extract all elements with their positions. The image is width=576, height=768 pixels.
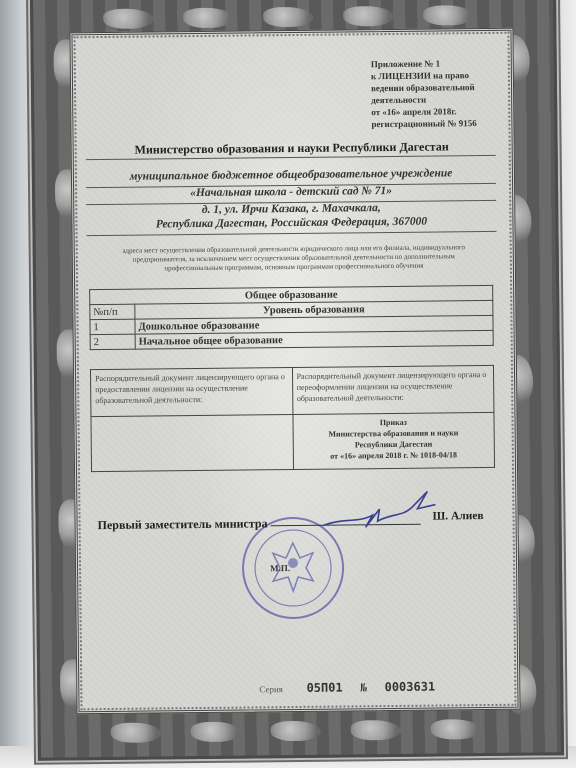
order-line: от «16» апреля 2018 г. № 1018-04/18	[297, 449, 490, 462]
frame-ornament	[423, 5, 473, 26]
row-number: 1	[90, 319, 135, 334]
serial-label: Серия	[259, 684, 283, 694]
appendix-line: регистрационный № 9156	[371, 117, 511, 130]
grant-document-header: Распорядительный документ лицензирующего…	[90, 368, 292, 417]
organization-type: муниципальное бюджетное общеобразователь…	[86, 167, 496, 183]
number-sign: №	[360, 681, 367, 694]
frame-ornament	[191, 722, 241, 743]
appendix-header: Приложение № 1 к ЛИЦЕНЗИИ на право веден…	[371, 57, 512, 130]
frame-ornament	[103, 8, 153, 29]
organization-address-line2: Республика Дагестан, Российская Федераци…	[86, 215, 496, 231]
frame-ornament	[343, 6, 393, 27]
table-row: Приказ Министерства образования и науки …	[91, 412, 495, 471]
frame-ornament	[183, 8, 233, 29]
reissue-document-header: Распорядительный документ лицензирующего…	[292, 365, 494, 414]
grant-document-value	[91, 415, 293, 472]
stamp-mark: М.П.	[270, 563, 290, 573]
education-levels-table: Общее образование №п/п Уровень образован…	[89, 285, 494, 350]
rule-line	[87, 231, 497, 236]
address-caption: адреса мест осуществления образовательно…	[89, 243, 499, 274]
row-level: Начальное общее образование	[135, 330, 493, 349]
serial-series: 05П01	[306, 681, 342, 695]
handwritten-signature-icon	[317, 487, 438, 538]
signer-name: Ш. Алиев	[432, 510, 483, 523]
administrative-documents-table: Распорядительный документ лицензирующего…	[90, 365, 495, 472]
frame-ornament	[271, 721, 321, 742]
signer-title: Первый заместитель министра	[98, 516, 268, 533]
frame-ornament	[111, 722, 161, 743]
blank-serial-number: Серия 05П01 № 0003631	[259, 676, 435, 697]
document-paper: Приложение № 1 к ЛИЦЕНЗИИ на право веден…	[69, 28, 520, 715]
column-header-number: №п/п	[90, 304, 135, 319]
serial-number: 0003631	[384, 680, 435, 695]
table-row: 2 Начальное общее образование	[90, 330, 493, 349]
frame-ornament	[351, 720, 401, 741]
row-number: 2	[90, 334, 135, 349]
frame-ornament	[431, 719, 481, 740]
table-header-row: Распорядительный документ лицензирующего…	[90, 365, 493, 416]
frame-ornament	[263, 7, 313, 28]
reissue-document-value: Приказ Министерства образования и науки …	[292, 412, 494, 469]
